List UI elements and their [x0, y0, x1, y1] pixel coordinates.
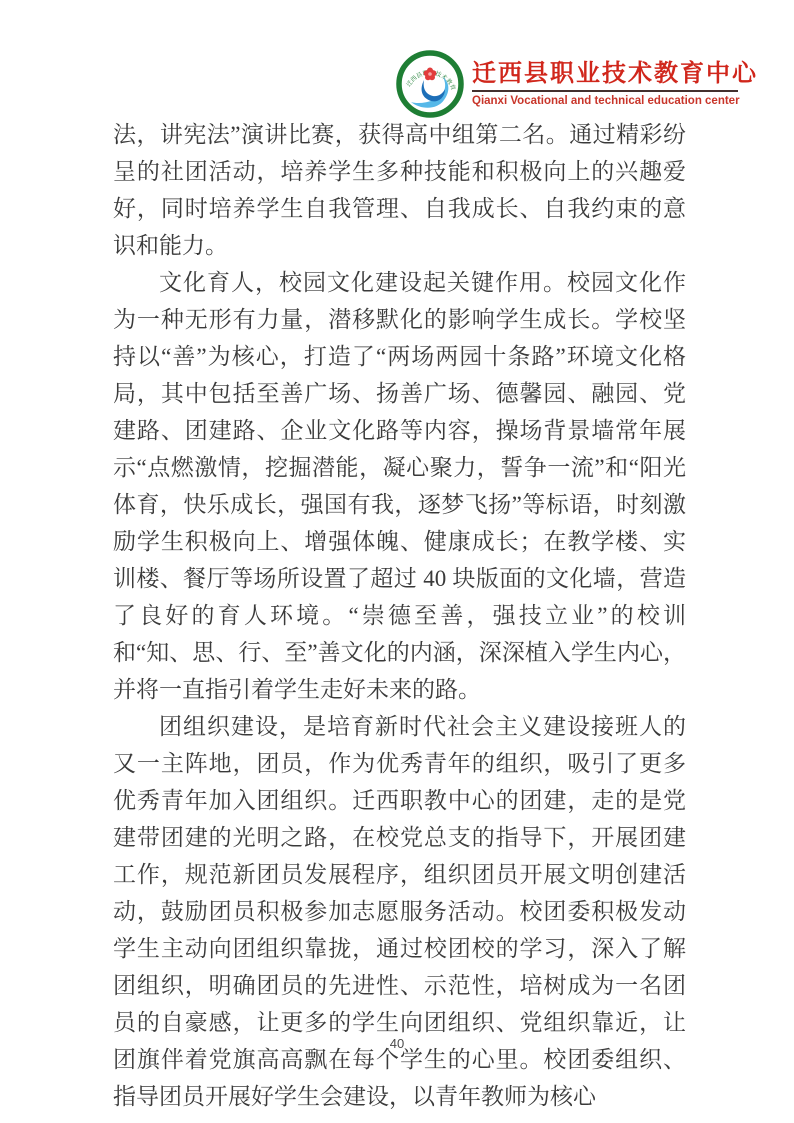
document-page: 迁西县职业技术教育中心 迁西县职业技术教育中心 Qianxi Vocationa… [0, 0, 794, 1123]
page-number: 40 [0, 1036, 794, 1051]
school-name-chinese: 迁西县职业技术教育中心 [472, 59, 738, 89]
paragraph-youth-league: 团组织建设，是培育新时代社会主义建设接班人的又一主阵地，团员，作为优秀青年的组织… [113, 708, 686, 1115]
header-divider [472, 90, 738, 92]
page-header: 迁西县职业技术教育中心 迁西县职业技术教育中心 Qianxi Vocationa… [396, 50, 738, 118]
school-name-block: 迁西县职业技术教育中心 Qianxi Vocational and techni… [472, 59, 738, 109]
paragraph-continuation: 法，讲宪法”演讲比赛，获得高中组第二名。通过精彩纷呈的社团活动，培养学生多种技能… [113, 116, 686, 264]
school-name-english: Qianxi Vocational and technical educatio… [472, 94, 738, 109]
document-body: 法，讲宪法”演讲比赛，获得高中组第二名。通过精彩纷呈的社团活动，培养学生多种技能… [113, 116, 686, 1115]
paragraph-culture: 文化育人，校园文化建设起关键作用。校园文化作为一种无形有力量，潜移默化的影响学生… [113, 264, 686, 708]
school-logo: 迁西县职业技术教育中心 [396, 50, 464, 118]
